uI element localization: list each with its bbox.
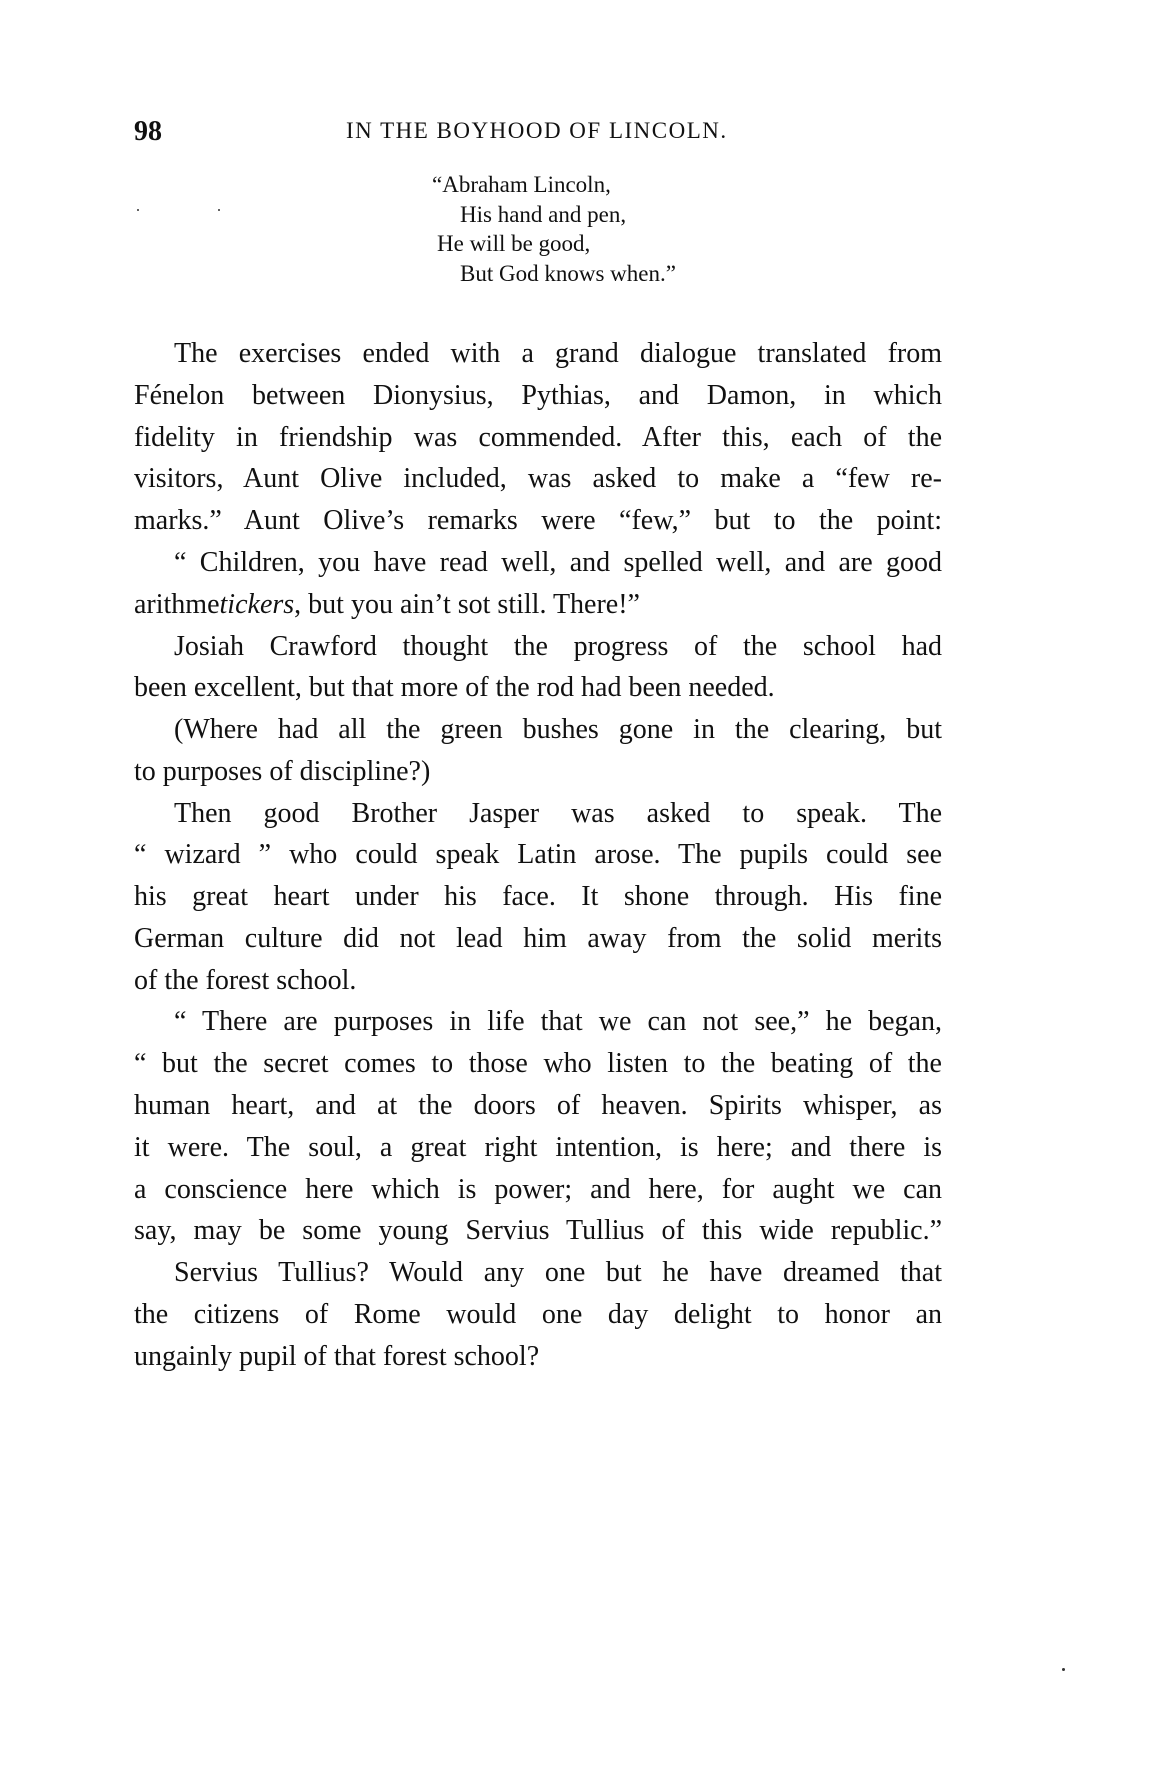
page-number: 98 xyxy=(134,116,162,148)
text-line: fidelity in friendship was commended. Af… xyxy=(134,418,942,458)
text-line: say, may be some young Servius Tullius o… xyxy=(134,1211,942,1251)
verse-line: He will be good, xyxy=(437,229,590,258)
text-line: Fénelon between Dionysius, Pythias, and … xyxy=(134,376,942,416)
text-line: The exercises ended with a grand dialogu… xyxy=(134,334,942,374)
text-line: a conscience here which is power; and he… xyxy=(134,1170,942,1210)
text-line: Then good Brother Jasper was asked to sp… xyxy=(134,794,942,834)
text-line: of the forest school. xyxy=(134,961,942,1001)
text-line: “ Children, you have read well, and spel… xyxy=(134,543,942,583)
text-line: arithmetickers, but you ain’t sot still.… xyxy=(134,585,942,625)
text-line: it were. The soul, a great right intenti… xyxy=(134,1128,942,1168)
text-line: Servius Tullius? Would any one but he ha… xyxy=(134,1253,942,1293)
text-line: the citizens of Rome would one day delig… xyxy=(134,1295,942,1335)
verse-line: “Abraham Lincoln, xyxy=(432,170,611,199)
verse-line: His hand and pen, xyxy=(460,200,626,229)
text-line: “ There are purposes in life that we can… xyxy=(134,1002,942,1042)
running-header: 98 IN THE BOYHOOD OF LINCOLN. xyxy=(134,116,954,156)
text-line: “ wizard ” who could speak Latin arose. … xyxy=(134,835,942,875)
text-line: marks.” Aunt Olive’s remarks were “few,”… xyxy=(134,501,942,541)
italic-emphasis: tickers xyxy=(220,589,295,620)
text-line: human heart, and at the doors of heaven.… xyxy=(134,1086,942,1126)
scan-speck xyxy=(137,209,139,211)
text-line: to purposes of discipline?) xyxy=(134,752,942,792)
text-line: Josiah Crawford thought the progress of … xyxy=(134,627,942,667)
scan-speck xyxy=(218,209,220,211)
text-line: “ but the secret comes to those who list… xyxy=(134,1044,942,1084)
book-page: 98 IN THE BOYHOOD OF LINCOLN. “Abraham L… xyxy=(0,0,1150,1778)
text-line: (Where had all the green bushes gone in … xyxy=(134,710,942,750)
text-line: German culture did not lead him away fro… xyxy=(134,919,942,959)
scan-speck xyxy=(1062,1668,1065,1671)
text-line: been excellent, but that more of the rod… xyxy=(134,668,942,708)
text-line: his great heart under his face. It shone… xyxy=(134,877,942,917)
running-title: IN THE BOYHOOD OF LINCOLN. xyxy=(346,118,728,144)
verse-line: But God knows when.” xyxy=(460,259,676,288)
text-line: visitors, Aunt Olive included, was asked… xyxy=(134,459,942,499)
text-line: ungainly pupil of that forest school? xyxy=(134,1337,942,1377)
